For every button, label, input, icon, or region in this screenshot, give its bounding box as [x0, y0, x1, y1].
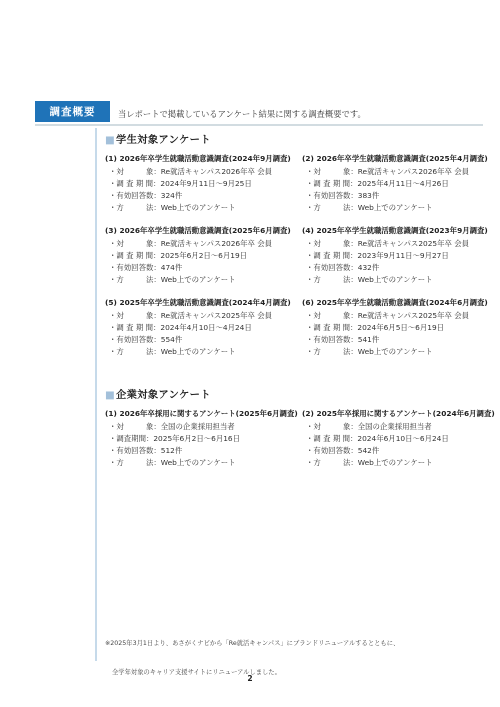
detail-value: Web上でのアンケート [358, 347, 433, 356]
section-title-text: 企業対象アンケート [116, 389, 211, 401]
survey-detail-row: ・調 査 期 間：2024年6月10日〜6月24日 [302, 433, 489, 445]
detail-label: ・有効回答数： [306, 263, 358, 272]
survey-detail-row: ・方 法：Web上でのアンケート [105, 457, 292, 469]
detail-value: 324件 [161, 191, 183, 200]
detail-value: 474件 [161, 263, 183, 272]
detail-value: 2023年9月11日〜9月27日 [357, 251, 448, 260]
content-area: ■学生対象アンケート (1) 2026年卒学生就職活動意識調査(2024年9月調… [105, 131, 489, 497]
survey-block: (2) 2026年卒学生就職活動意識調査(2025年4月調査) ・対 象：Re就… [302, 153, 489, 214]
detail-value: Re就活キャンパス2025年卒 会員 [358, 239, 469, 248]
header-divider [35, 124, 483, 126]
survey-detail-rows: ・対 象：Re就活キャンパス2026年卒 会員 ・調 査 期 間：2025年4月… [302, 166, 489, 214]
survey-title: (1) 2026年卒採用に関するアンケート(2025年6月調査) [105, 408, 292, 419]
detail-label: ・方 法： [109, 347, 161, 356]
survey-grid: (1) 2026年卒採用に関するアンケート(2025年6月調査) ・対 象：全国… [105, 408, 489, 480]
detail-value: 2025年4月11日〜4月26日 [357, 179, 448, 188]
survey-block: (6) 2025年卒学生就職活動意識調査(2024年6月調査) ・対 象：Re就… [302, 297, 489, 358]
detail-value: Web上でのアンケート [161, 203, 236, 212]
detail-value: Web上でのアンケート [161, 275, 236, 284]
survey-block: (4) 2025年卒学生就職活動意識調査(2023年9月調査) ・対 象：Re就… [302, 225, 489, 286]
detail-value: Web上でのアンケート [358, 203, 433, 212]
detail-label: ・方 法： [109, 203, 161, 212]
survey-detail-row: ・方 法：Web上でのアンケート [105, 346, 292, 358]
survey-title: (3) 2026年卒学生就職活動意識調査(2025年6月調査) [105, 225, 292, 236]
detail-value: Web上でのアンケート [358, 275, 433, 284]
detail-label: ・有効回答数： [109, 446, 161, 455]
detail-value: 432件 [358, 263, 380, 272]
survey-title: (5) 2025年卒学生就職活動意識調査(2024年4月調査) [105, 297, 292, 308]
survey-block: (1) 2026年卒採用に関するアンケート(2025年6月調査) ・対 象：全国… [105, 408, 292, 469]
detail-value: 554件 [161, 335, 183, 344]
survey-detail-rows: ・対 象：Re就活キャンパス2025年卒 会員 ・調 査 期 間：2023年9月… [302, 238, 489, 286]
survey-detail-row: ・有効回答数：554件 [105, 334, 292, 346]
survey-detail-row: ・調 査 期 間：2025年4月11日〜4月26日 [302, 178, 489, 190]
detail-value: Re就活キャンパス2026年卒 会員 [358, 167, 469, 176]
footnote: ※2025年3月1日より、あさがくナビから「Re就活キャンパス」にブランドリニュ… [105, 620, 399, 696]
detail-value: 2024年6月10日〜6月24日 [357, 434, 448, 443]
detail-value: Web上でのアンケート [161, 347, 236, 356]
survey-detail-row: ・方 法：Web上でのアンケート [302, 202, 489, 214]
detail-label: ・有効回答数： [306, 446, 358, 455]
detail-label: ・調 査 期 間： [306, 179, 357, 188]
survey-detail-rows: ・対 象：Re就活キャンパス2026年卒 会員 ・調 査 期 間：2025年6月… [105, 238, 292, 286]
survey-detail-row: ・有効回答数：474件 [105, 262, 292, 274]
survey-detail-row: ・対 象：全国の企業採用担当者 [302, 421, 489, 433]
survey-detail-row: ・調 査 期 間：2025年6月2日〜6月19日 [105, 250, 292, 262]
survey-detail-row: ・有効回答数：512件 [105, 445, 292, 457]
detail-value: 383件 [358, 191, 380, 200]
survey-detail-row: ・調 査 期 間：2024年9月11日〜9月25日 [105, 178, 292, 190]
detail-value: Re就活キャンパス2025年卒 会員 [161, 311, 272, 320]
survey-detail-row: ・対 象：全国の企業採用担当者 [105, 421, 292, 433]
survey-block: (3) 2026年卒学生就職活動意識調査(2025年6月調査) ・対 象：Re就… [105, 225, 292, 286]
survey-detail-rows: ・対 象：全国の企業採用担当者 ・調 査 期 間：2024年6月10日〜6月24… [302, 421, 489, 469]
detail-label: ・有効回答数： [109, 191, 161, 200]
detail-value: 541件 [358, 335, 380, 344]
detail-label: ・対 象： [306, 422, 358, 431]
detail-value: 542件 [358, 446, 380, 455]
detail-label: ・対 象： [306, 167, 358, 176]
detail-label: ・調 査 期 間： [109, 179, 160, 188]
detail-label: ・調査期間： [109, 434, 153, 443]
survey-detail-row: ・方 法：Web上でのアンケート [302, 346, 489, 358]
detail-value: 2025年6月2日〜6月16日 [153, 434, 240, 443]
page-number: 2 [0, 674, 500, 683]
detail-label: ・対 象： [109, 422, 161, 431]
survey-detail-row: ・方 法：Web上でのアンケート [302, 274, 489, 286]
survey-detail-rows: ・対 象：Re就活キャンパス2026年卒 会員 ・調 査 期 間：2024年9月… [105, 166, 292, 214]
survey-detail-row: ・方 法：Web上でのアンケート [105, 202, 292, 214]
survey-block: (2) 2025年卒採用に関するアンケート(2024年6月調査) ・対 象：全国… [302, 408, 489, 469]
footnote-line-1: ※2025年3月1日より、あさがくナビから「Re就活キャンパス」にブランドリニュ… [105, 639, 399, 649]
section-square-icon: ■ [105, 134, 115, 146]
detail-label: ・対 象： [306, 311, 358, 320]
detail-label: ・有効回答数： [109, 263, 161, 272]
section-title: ■企業対象アンケート [105, 386, 489, 401]
survey-detail-row: ・対 象：Re就活キャンパス2025年卒 会員 [302, 238, 489, 250]
detail-label: ・方 法： [306, 203, 358, 212]
detail-label: ・調 査 期 間： [109, 251, 160, 260]
detail-label: ・方 法： [306, 458, 358, 467]
survey-detail-row: ・方 法：Web上でのアンケート [105, 274, 292, 286]
detail-label: ・方 法： [109, 458, 161, 467]
survey-detail-row: ・対 象：Re就活キャンパス2026年卒 会員 [302, 166, 489, 178]
section-square-icon: ■ [105, 389, 115, 401]
detail-value: Web上でのアンケート [358, 458, 433, 467]
survey-detail-row: ・調 査 期 間：2024年4月10日〜4月24日 [105, 322, 292, 334]
detail-label: ・有効回答数： [306, 191, 358, 200]
detail-label: ・方 法： [306, 275, 358, 284]
detail-label: ・調 査 期 間： [306, 323, 357, 332]
detail-label: ・調 査 期 間： [306, 434, 357, 443]
detail-value: 2024年9月11日〜9月25日 [160, 179, 251, 188]
detail-value: 全国の企業採用担当者 [358, 422, 432, 431]
survey-detail-rows: ・対 象：全国の企業採用担当者 ・調査期間：2025年6月2日〜6月16日 ・有… [105, 421, 292, 469]
survey-section: ■企業対象アンケート (1) 2026年卒採用に関するアンケート(2025年6月… [105, 386, 489, 480]
detail-label: ・対 象： [109, 311, 161, 320]
survey-detail-row: ・方 法：Web上でのアンケート [302, 457, 489, 469]
detail-value: 2025年6月2日〜6月19日 [160, 251, 247, 260]
detail-value: Re就活キャンパス2026年卒 会員 [161, 167, 272, 176]
survey-detail-rows: ・対 象：Re就活キャンパス2025年卒 会員 ・調 査 期 間：2024年4月… [105, 310, 292, 358]
survey-title: (2) 2026年卒学生就職活動意識調査(2025年4月調査) [302, 153, 489, 164]
detail-label: ・有効回答数： [109, 335, 161, 344]
detail-label: ・方 法： [306, 347, 358, 356]
survey-detail-row: ・有効回答数：324件 [105, 190, 292, 202]
detail-label: ・調 査 期 間： [109, 323, 160, 332]
detail-value: Web上でのアンケート [161, 458, 236, 467]
detail-value: Re就活キャンパス2026年卒 会員 [161, 239, 272, 248]
detail-value: 2024年4月10日〜4月24日 [160, 323, 251, 332]
survey-block: (1) 2026年卒学生就職活動意識調査(2024年9月調査) ・対 象：Re就… [105, 153, 292, 214]
detail-value: 全国の企業採用担当者 [161, 422, 235, 431]
survey-detail-row: ・対 象：Re就活キャンパス2026年卒 会員 [105, 166, 292, 178]
survey-detail-row: ・対 象：Re就活キャンパス2025年卒 会員 [302, 310, 489, 322]
detail-label: ・対 象： [306, 239, 358, 248]
survey-detail-row: ・調査期間：2025年6月2日〜6月16日 [105, 433, 292, 445]
survey-title: (2) 2025年卒採用に関するアンケート(2024年6月調査) [302, 408, 489, 419]
detail-label: ・対 象： [109, 167, 161, 176]
detail-label: ・有効回答数： [306, 335, 358, 344]
survey-detail-row: ・有効回答数：383件 [302, 190, 489, 202]
section-title-text: 学生対象アンケート [116, 134, 211, 146]
survey-detail-row: ・調 査 期 間：2024年6月5日〜6月19日 [302, 322, 489, 334]
survey-title: (4) 2025年卒学生就職活動意識調査(2023年9月調査) [302, 225, 489, 236]
survey-detail-row: ・有効回答数：542件 [302, 445, 489, 457]
survey-section: ■学生対象アンケート (1) 2026年卒学生就職活動意識調査(2024年9月調… [105, 131, 489, 369]
header-description: 当レポートで掲載しているアンケート結果に関する調査概要です。 [118, 108, 366, 120]
section-title: ■学生対象アンケート [105, 131, 489, 146]
survey-detail-row: ・有効回答数：432件 [302, 262, 489, 274]
left-margin-divider [95, 128, 97, 661]
detail-label: ・対 象： [109, 239, 161, 248]
detail-value: Re就活キャンパス2025年卒 会員 [358, 311, 469, 320]
survey-detail-row: ・対 象：Re就活キャンパス2025年卒 会員 [105, 310, 292, 322]
survey-title: (6) 2025年卒学生就職活動意識調査(2024年6月調査) [302, 297, 489, 308]
survey-grid: (1) 2026年卒学生就職活動意識調査(2024年9月調査) ・対 象：Re就… [105, 153, 489, 369]
survey-detail-rows: ・対 象：Re就活キャンパス2025年卒 会員 ・調 査 期 間：2024年6月… [302, 310, 489, 358]
detail-value: 512件 [161, 446, 183, 455]
detail-label: ・調 査 期 間： [306, 251, 357, 260]
survey-overview-badge: 調査概要 [35, 101, 110, 122]
survey-detail-row: ・対 象：Re就活キャンパス2026年卒 会員 [105, 238, 292, 250]
survey-block: (5) 2025年卒学生就職活動意識調査(2024年4月調査) ・対 象：Re就… [105, 297, 292, 358]
survey-detail-row: ・有効回答数：541件 [302, 334, 489, 346]
detail-value: 2024年6月5日〜6月19日 [357, 323, 444, 332]
detail-label: ・方 法： [109, 275, 161, 284]
survey-title: (1) 2026年卒学生就職活動意識調査(2024年9月調査) [105, 153, 292, 164]
survey-detail-row: ・調 査 期 間：2023年9月11日〜9月27日 [302, 250, 489, 262]
